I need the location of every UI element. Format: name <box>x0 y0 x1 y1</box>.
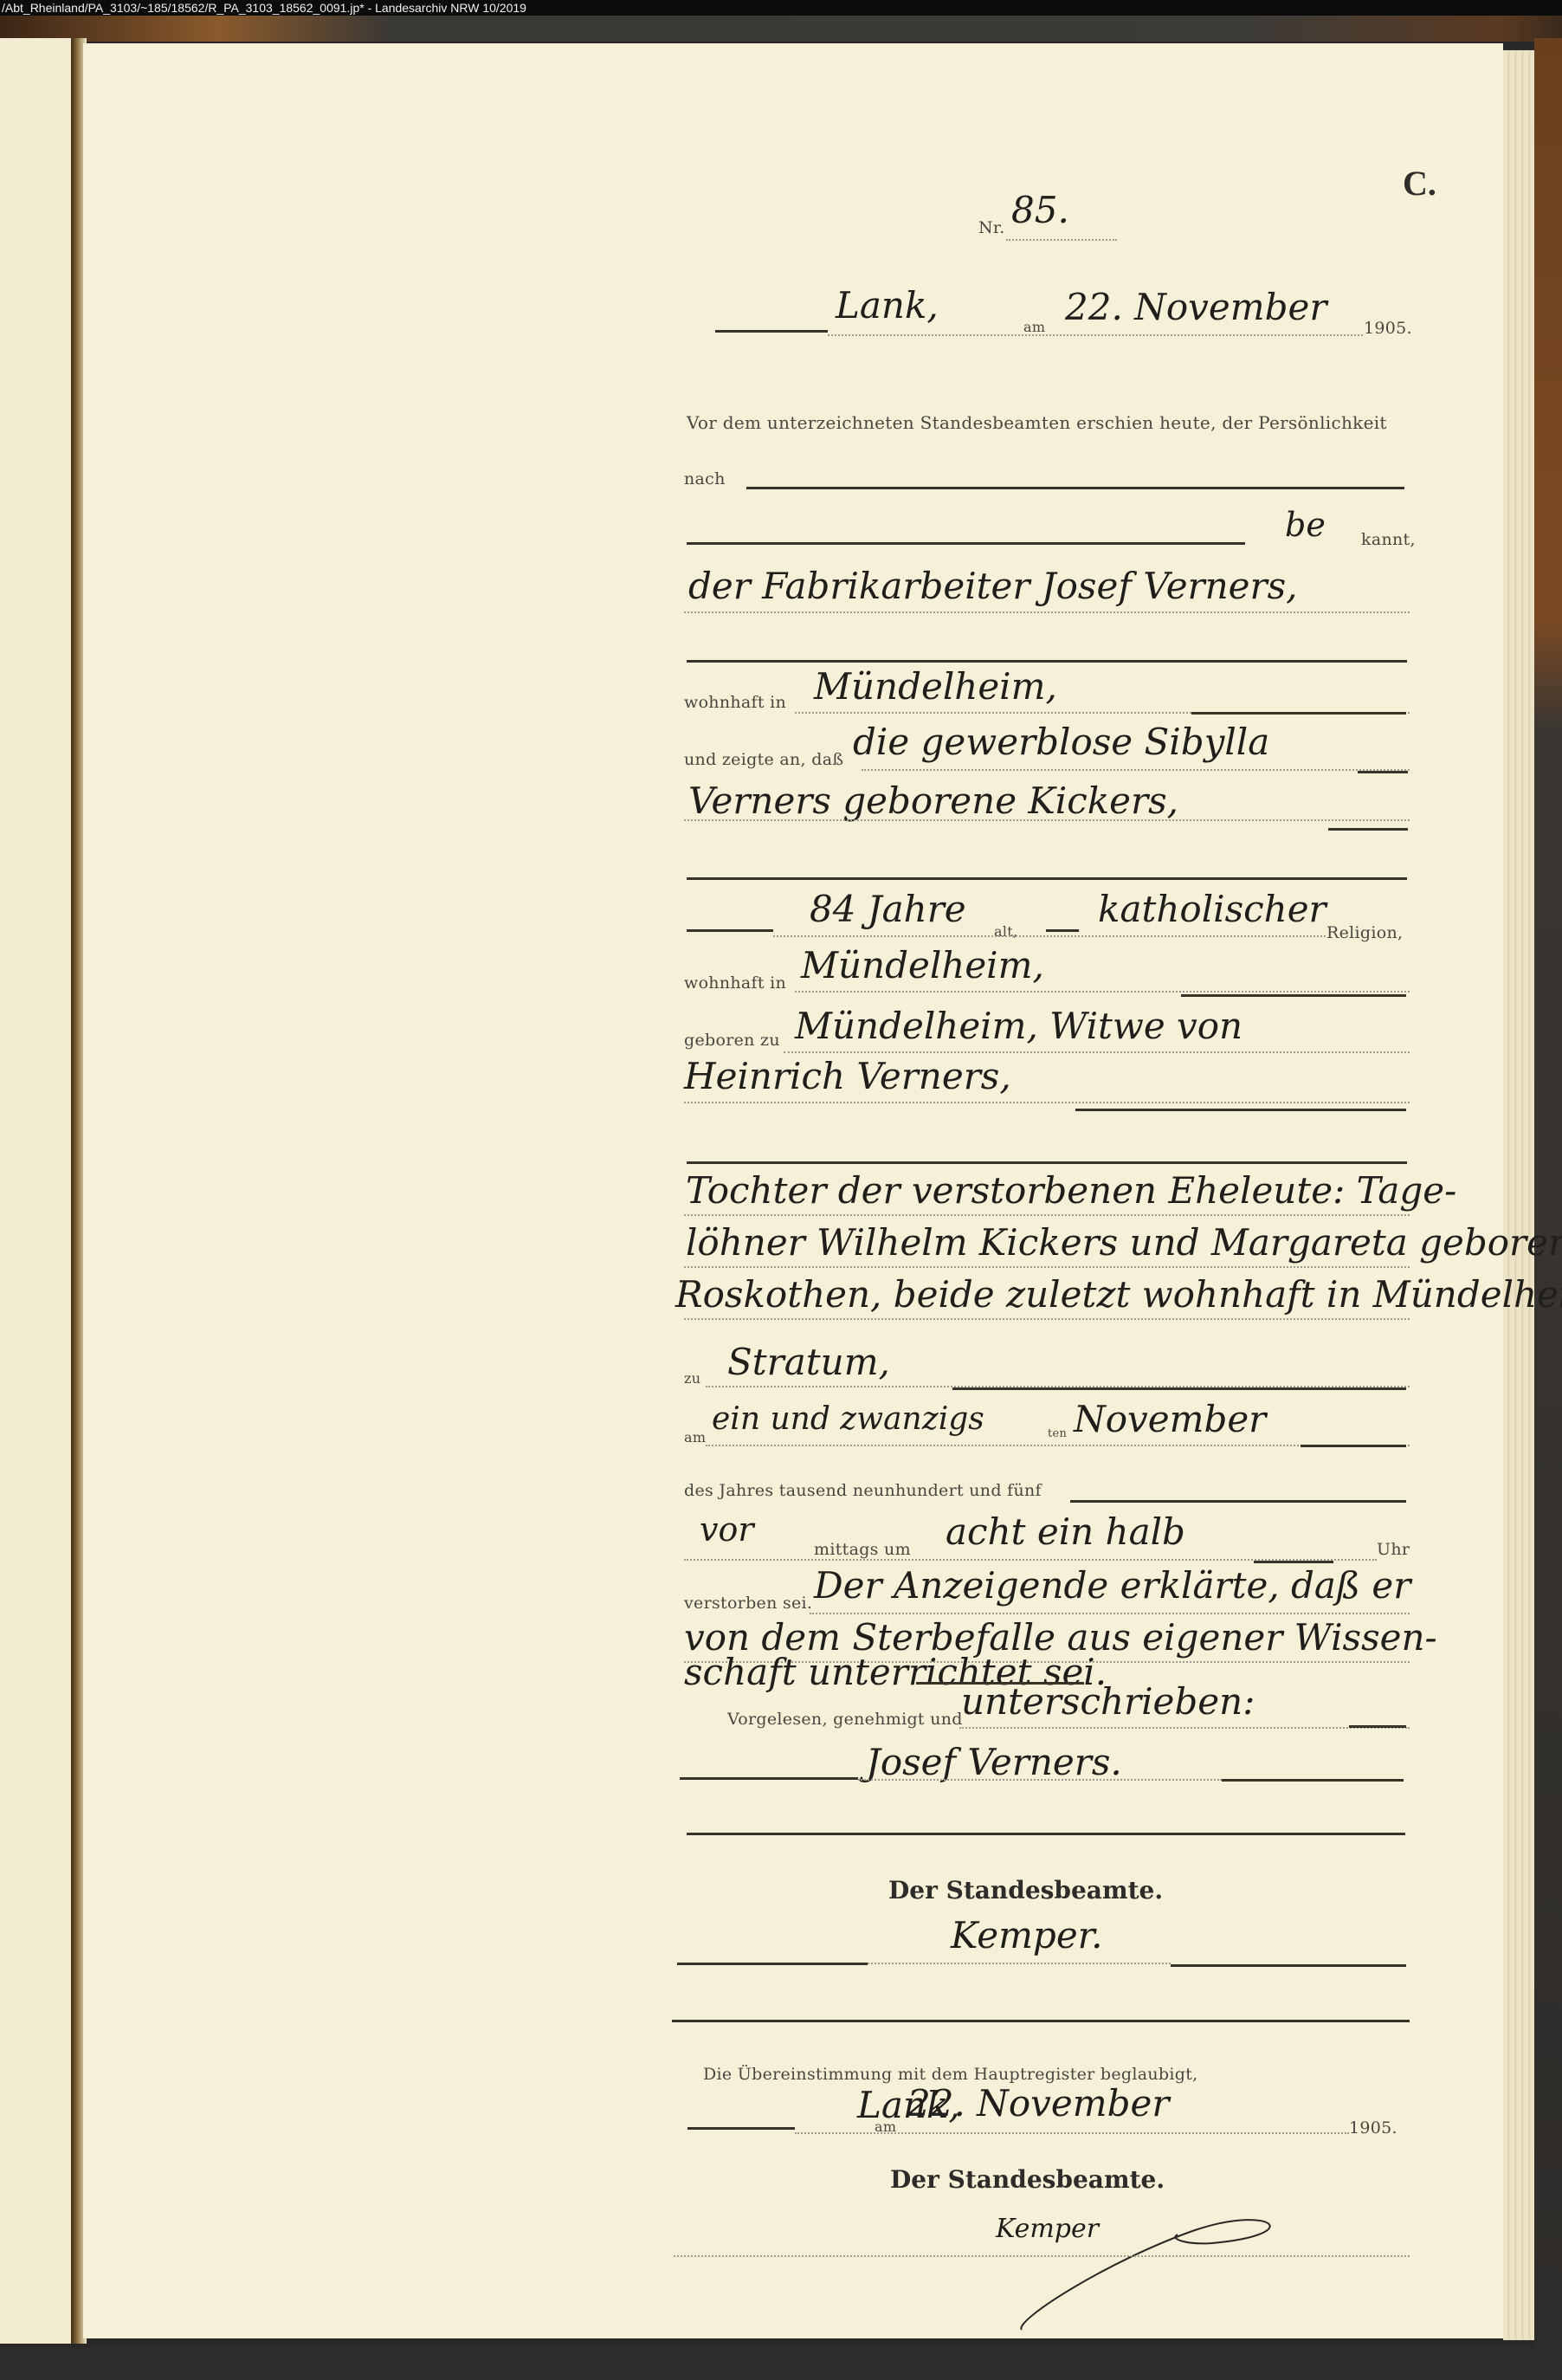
rule <box>1046 929 1079 932</box>
rule <box>687 929 773 932</box>
intro-text: Vor dem unterzeichneten Standesbeamten e… <box>687 412 1387 433</box>
rule <box>680 1777 858 1780</box>
death-month: November <box>1074 1398 1266 1440</box>
rule <box>1349 1725 1406 1728</box>
uhr-label: Uhr <box>1377 1540 1410 1559</box>
dotted-line <box>795 991 1410 993</box>
record-year: 1905. <box>1364 319 1412 338</box>
death-place: Stratum, <box>727 1341 890 1383</box>
rule <box>746 487 1404 489</box>
certification-text: Die Übereinstimmung mit dem Hauptregiste… <box>703 2065 1198 2084</box>
vorgelesen-label: Vorgelesen, genehmigt und <box>727 1710 963 1729</box>
certification-official-heading: Der Standesbeamte. <box>890 2165 1165 2194</box>
desk-background-bottom <box>0 2347 1562 2380</box>
record-place: Lank, <box>836 284 939 327</box>
certification-date: 22. November <box>907 2082 1169 2125</box>
rule <box>1254 1561 1333 1563</box>
rule <box>1358 771 1408 773</box>
dotted-line <box>784 1051 1410 1053</box>
dotted-line <box>684 1214 1410 1216</box>
official-signature: Kemper. <box>951 1914 1103 1956</box>
rule <box>715 330 828 333</box>
parents-line-1: Tochter der verstorbenen Eheleute: Tage- <box>686 1169 1456 1212</box>
parents-line-3: Roskothen, beide zuletzt wohnhaft in Mün… <box>675 1273 1562 1316</box>
dotted-line <box>684 611 1410 613</box>
alt-label: alt, <box>994 923 1017 940</box>
rule <box>1171 1964 1406 1967</box>
deceased-line-2: Verners geborene Kickers, <box>688 779 1178 822</box>
year-text: des Jahres tausend neunhundert und fünf <box>684 1481 1042 1500</box>
zeigte-an-label: und zeigte an, daß <box>684 750 843 769</box>
dotted-line <box>810 1613 1410 1614</box>
rule <box>1075 1109 1406 1111</box>
geboren-label: geboren zu <box>684 1031 780 1050</box>
deceased-residence: Mündelheim, <box>801 944 1044 986</box>
series-letter: C. <box>1403 163 1436 204</box>
dotted-line <box>674 2255 1410 2257</box>
rule <box>687 877 1407 880</box>
deceased-spouse: Heinrich Verners, <box>684 1055 1011 1097</box>
dotted-line <box>858 1779 1222 1781</box>
deceased-line-1: die gewerblose Sibylla <box>853 721 1269 763</box>
dotted-line <box>684 1102 1410 1103</box>
deceased-religion: katholischer <box>1098 888 1326 930</box>
am-label-2: am <box>684 1429 706 1445</box>
am-label: am <box>1023 319 1045 335</box>
rule <box>1191 712 1406 715</box>
rule <box>687 542 1245 545</box>
date-dotted-line <box>828 334 1363 336</box>
informant-signature: Josef Verners. <box>866 1741 1122 1783</box>
dotted-line <box>795 2132 1349 2134</box>
death-day: ein und zwanzigs <box>712 1401 984 1437</box>
rule <box>952 1387 1406 1390</box>
signature-flourish <box>996 2200 1307 2338</box>
dotted-line <box>959 1727 1410 1729</box>
rule <box>687 660 1407 663</box>
nr-dotted-line <box>1006 239 1117 241</box>
rule <box>1328 828 1408 831</box>
window-title-bar: /Abt_Rheinland/PA_3103/~185/18562/R_PA_3… <box>0 0 1562 16</box>
deceased-age: 84 Jahre <box>810 888 966 930</box>
zu-label: zu <box>684 1370 700 1387</box>
dotted-line <box>684 1318 1410 1320</box>
unterschrieben-text: unterschrieben: <box>961 1680 1255 1723</box>
official-heading: Der Standesbeamte. <box>888 1876 1163 1905</box>
deceased-birthplace: Mündelheim, Witwe von <box>795 1005 1242 1047</box>
desk-background-top <box>0 16 1562 42</box>
nr-label: Nr. <box>978 218 1005 237</box>
nach-label: nach <box>684 469 726 488</box>
verstorben-label: verstorben sei. <box>684 1594 812 1613</box>
rule <box>687 1833 1405 1835</box>
rule <box>1181 994 1406 997</box>
dotted-line <box>773 935 1326 937</box>
dotted-line <box>862 769 1410 771</box>
rule <box>1222 1779 1404 1782</box>
left-page <box>0 38 74 2344</box>
death-time: acht ein halb <box>946 1510 1185 1553</box>
rule <box>687 1161 1407 1164</box>
parents-line-2: löhner Wilhelm Kickers und Margareta geb… <box>686 1221 1562 1264</box>
dotted-line <box>684 819 1410 821</box>
am-pm: vor <box>700 1510 754 1549</box>
dotted-line <box>684 1266 1410 1268</box>
informant-name: der Fabrikarbeiter Josef Verners, <box>688 565 1298 607</box>
rule <box>687 2127 795 2130</box>
statement-line-1: Der Anzeigende erklärte, daß er <box>814 1564 1410 1607</box>
rule <box>1070 1500 1406 1503</box>
informant-residence: Mündelheim, <box>814 665 1057 708</box>
rule <box>1301 1445 1406 1447</box>
record-date: 22. November <box>1065 286 1326 328</box>
wohnhaft-label-2: wohnhaft in <box>684 973 786 993</box>
religion-label: Religion, <box>1326 923 1403 942</box>
rule <box>672 2020 1410 2022</box>
book-cover-edge <box>1534 38 1562 2347</box>
certification-year: 1905. <box>1349 2118 1397 2137</box>
rule <box>677 1963 868 1965</box>
record-number: 85. <box>1011 189 1069 231</box>
bekannt-handwritten: be <box>1285 506 1326 544</box>
ten-label: ten <box>1048 1427 1067 1440</box>
wohnhaft-label: wohnhaft in <box>684 693 786 712</box>
mittags-label: mittags um <box>814 1540 911 1559</box>
bekannt-label: kannt, <box>1361 530 1416 549</box>
page-edges <box>1503 50 1534 2340</box>
dotted-line <box>868 1963 1171 1964</box>
